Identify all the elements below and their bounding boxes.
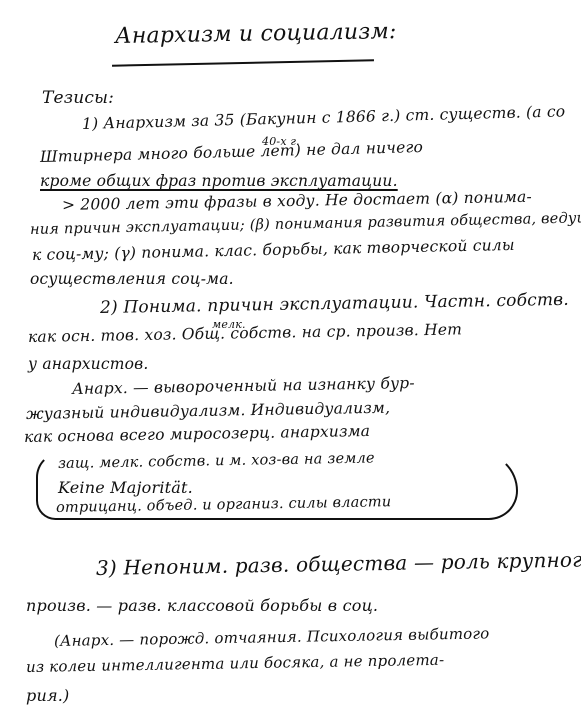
text-line-content: кроме общих фраз против эксплуатации.	[40, 172, 398, 190]
text-line: 1) Анархизм за 35 (Бакунин с 1866 г.) ст…	[82, 102, 566, 133]
text-line: > 2000 лет эти фразы в ходу. Не достает …	[62, 188, 532, 214]
text-line: из колеи интеллигента или босяка, а не п…	[26, 651, 445, 676]
text-line: у анархистов.	[28, 355, 149, 373]
title-underline	[112, 59, 374, 66]
text-line: произв. — разв. классовой борьбы в соц.	[26, 596, 378, 615]
text-line: осуществления соц-ма.	[30, 270, 234, 288]
bracketed-note-line: Keine Majorität.	[58, 478, 193, 497]
text-line: рия.)	[26, 686, 69, 705]
theses-heading: Тезисы:	[42, 88, 114, 108]
text-line: как осн. тов. хоз. Общ. собств. на ср. п…	[28, 320, 462, 346]
text-line: кроме общих фраз против эксплуатации.	[40, 172, 398, 190]
text-line: ния причин эксплуатации; (β) понимания р…	[30, 210, 581, 238]
text-line: к соц-му; (γ) понима. клас. борьбы, как …	[32, 236, 515, 264]
text-line: Штирнера много больше лет) не дал ничего	[40, 138, 424, 166]
text-line: жуазный индивидуализм. Индивидуализм,	[26, 399, 390, 423]
text-line: 3) Непоним. разв. общества — роль крупно…	[96, 547, 581, 580]
manuscript-page: Анархизм и социализм: Тезисы: 1) Анархиз…	[0, 0, 581, 721]
text-line: как основа всего миросозерц. анархизма	[24, 422, 370, 446]
text-line: (Анарх. — порожд. отчаяния. Психология в…	[54, 624, 490, 650]
text-line: Анарх. — вывороченный на изнанку бур-	[72, 374, 415, 398]
text-line: 2) Понима. причин эксплуатации. Частн. с…	[100, 290, 569, 318]
page-title: Анархизм и социализм:	[115, 19, 397, 49]
